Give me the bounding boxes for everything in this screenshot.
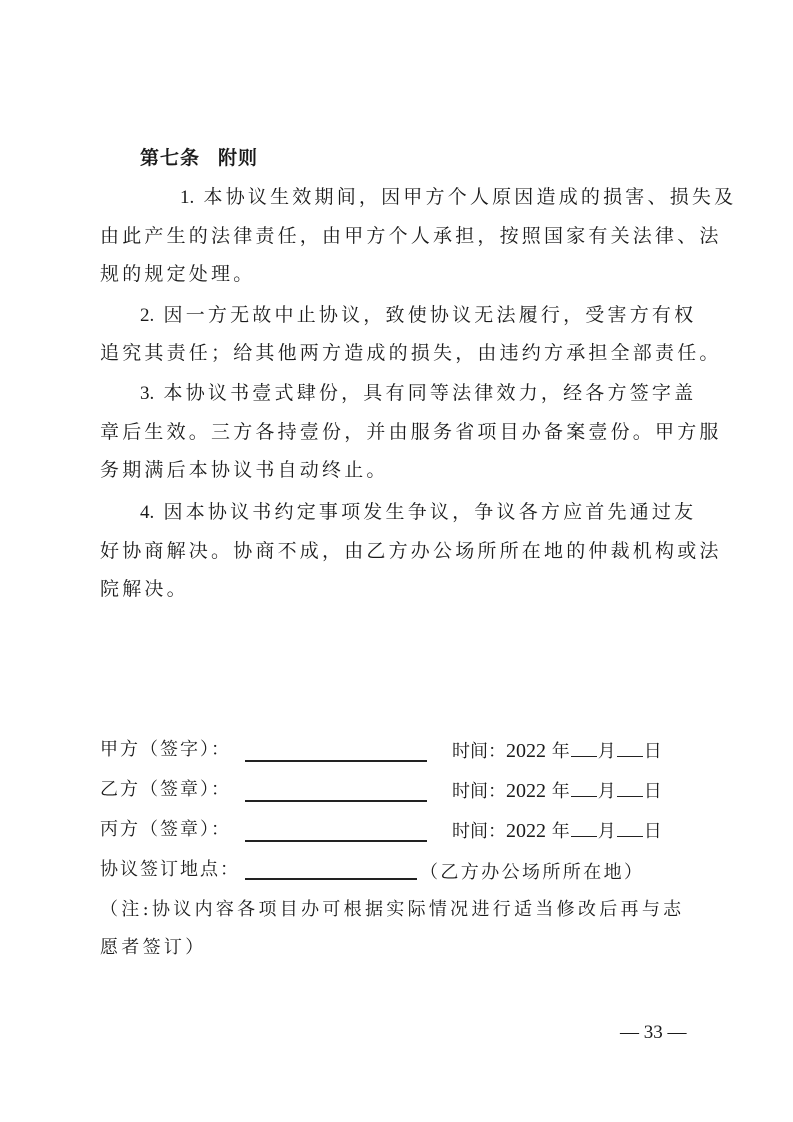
section-number: 第七条 xyxy=(140,147,200,169)
paragraph-3-line-3: 务期满后本协议书自动终止。 xyxy=(100,458,700,482)
date-row-party-c: 时间：2022 年月日 xyxy=(452,817,662,843)
month-field-party-b[interactable] xyxy=(571,780,597,797)
signature-field-party-c[interactable] xyxy=(245,840,427,842)
location-hint: （乙方办公场所所在地） xyxy=(420,858,644,884)
signature-field-party-a[interactable] xyxy=(245,760,427,762)
paragraph-4-line-2: 好协商解决。协商不成，由乙方办公场所所在地的仲裁机构或法 xyxy=(100,539,700,563)
page-number: — 33 — xyxy=(620,1022,687,1044)
paragraph-1-line-2: 由此产生的法律责任，由甲方个人承担，按照国家有关法律、法 xyxy=(100,224,700,248)
paragraph-2-line-2: 追究其责任；给其他两方造成的损失，由违约方承担全部责任。 xyxy=(100,341,700,365)
note-line-2: 愿者签订） xyxy=(100,936,207,960)
month-field-party-a[interactable] xyxy=(571,740,597,757)
paragraph-2-line-1: 2. 因一方无故中止协议，致使协议无法履行，受害方有权 xyxy=(100,303,700,328)
signature-row-party-b: 乙方（签章）： xyxy=(100,778,231,802)
day-field-party-c[interactable] xyxy=(617,820,643,837)
location-field[interactable] xyxy=(245,878,417,880)
date-row-party-b: 时间：2022 年月日 xyxy=(452,777,662,803)
location-row: 协议签订地点： xyxy=(100,858,240,882)
signature-label-party-a: 甲方（签字）： xyxy=(100,738,231,762)
section-heading: 第七条附则 xyxy=(140,146,740,170)
signature-field-party-b[interactable] xyxy=(245,800,427,802)
document-page: 第七条附则 1. 本协议生效期间，因甲方个人原因造成的损害、损失及 由此产生的法… xyxy=(0,0,793,1122)
paragraph-4-line-1: 4. 因本协议书约定事项发生争议，争议各方应首先通过友 xyxy=(100,500,700,525)
note-line-1: （注:协议内容各项目办可根据实际情况进行适当修改后再与志 xyxy=(100,898,684,922)
date-row-party-a: 时间：2022 年月日 xyxy=(452,737,662,763)
section-title: 附则 xyxy=(218,147,258,169)
paragraph-1-line-3: 规的规定处理。 xyxy=(100,262,700,286)
paragraph-3-line-1: 3. 本协议书壹式肆份，具有同等法律效力，经各方签字盖 xyxy=(100,381,700,406)
day-field-party-a[interactable] xyxy=(617,740,643,757)
signature-row-party-a: 甲方（签字）： xyxy=(100,738,231,762)
paragraph-4-line-3: 院解决。 xyxy=(100,577,700,601)
month-field-party-c[interactable] xyxy=(571,820,597,837)
location-label: 协议签订地点： xyxy=(100,858,240,882)
signature-label-party-b: 乙方（签章）： xyxy=(100,778,231,802)
signature-label-party-c: 丙方（签章）： xyxy=(100,818,231,842)
paragraph-3-line-2: 章后生效。三方各持壹份，并由服务省项目办备案壹份。甲方服 xyxy=(100,420,700,444)
signature-row-party-c: 丙方（签章）： xyxy=(100,818,231,842)
day-field-party-b[interactable] xyxy=(617,780,643,797)
paragraph-1-line-1: 1. 本协议生效期间，因甲方个人原因造成的损害、损失及 xyxy=(100,185,700,210)
